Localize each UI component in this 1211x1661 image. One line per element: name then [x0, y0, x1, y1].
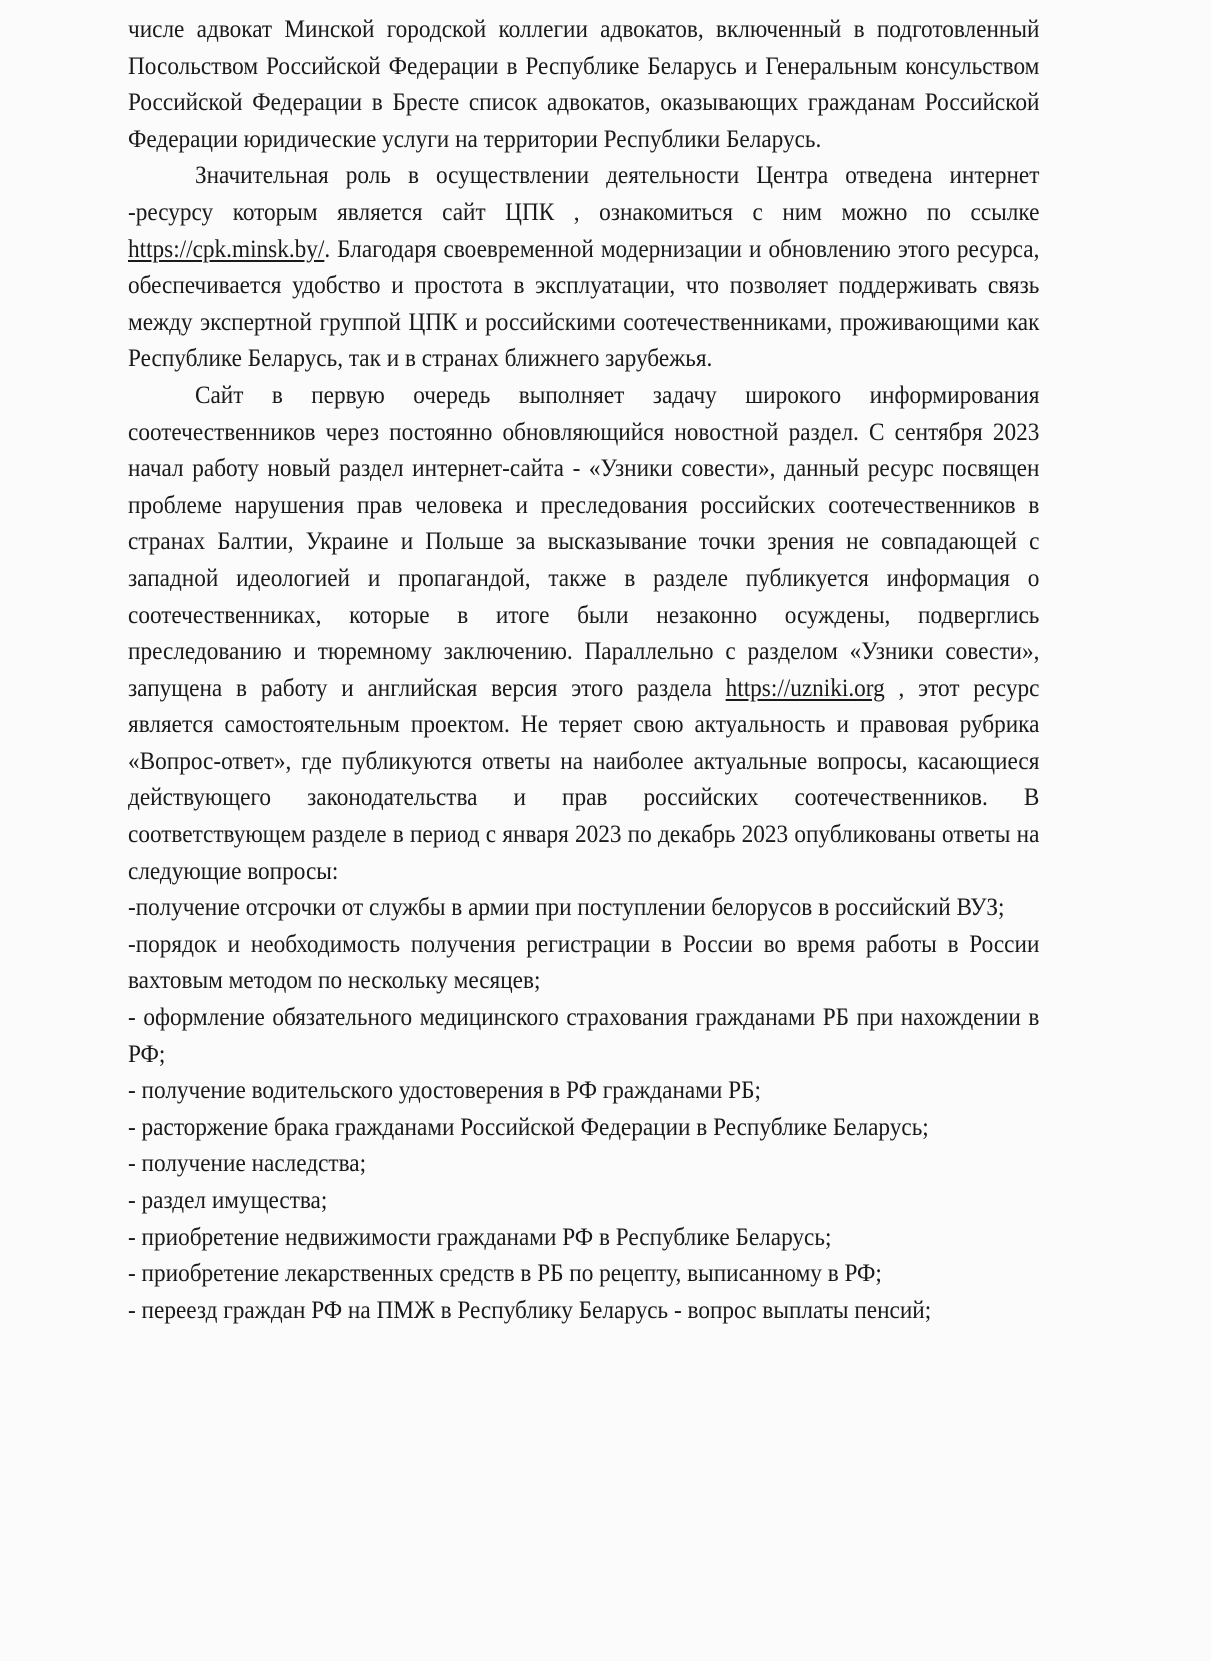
document-page: числе адвокат Минской городской коллегии… [128, 12, 1040, 1329]
paragraph-text: числе адвокат Минской городской коллегии… [128, 16, 1039, 153]
list-item: - приобретение лекарственных средств в Р… [128, 1256, 1039, 1293]
paragraph-website: Значительная роль в осуществлении деятел… [128, 158, 1039, 378]
list-item: -порядок и необходимость получения регис… [128, 927, 1039, 1000]
list-item: - оформление обязательного медицинского … [128, 1000, 1039, 1073]
list-item: -получение отсрочки от службы в армии пр… [128, 890, 1039, 927]
paragraph-site-sections: Сайт в первую очередь выполняет задачу ш… [128, 378, 1039, 890]
list-item: - раздел имущества; [128, 1183, 1039, 1220]
list-item: - получение наследства; [128, 1146, 1039, 1183]
paragraph-lawyers: числе адвокат Минской городской коллегии… [128, 12, 1039, 158]
questions-list: -получение отсрочки от службы в армии пр… [128, 890, 1039, 1329]
list-item: - расторжение брака гражданами Российско… [128, 1110, 1039, 1147]
cpk-site-link[interactable]: https://cpk.minsk.by/ [128, 236, 324, 263]
paragraph-text: Сайт в первую очередь выполняет задачу ш… [128, 382, 1039, 702]
paragraph-text: Значительная роль в осуществлении деятел… [128, 162, 1039, 226]
list-item: - приобретение недвижимости гражданами Р… [128, 1220, 1039, 1257]
list-item: - получение водительского удостоверения … [128, 1073, 1039, 1110]
uzniki-site-link[interactable]: https://uzniki.org [726, 675, 885, 702]
list-item: - переезд граждан РФ на ПМЖ в Республику… [128, 1293, 1039, 1330]
document-body: числе адвокат Минской городской коллегии… [128, 12, 1039, 1329]
paragraph-text: , этот ресурс является самостоятельным п… [128, 675, 1039, 885]
